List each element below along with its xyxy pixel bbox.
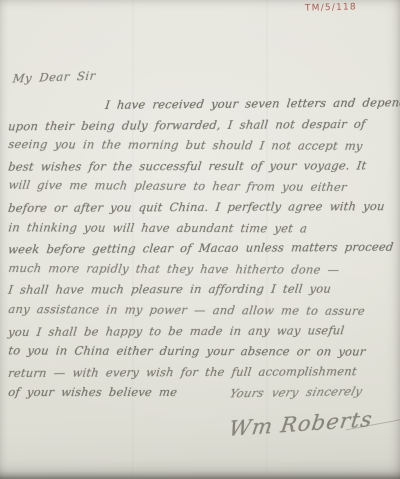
closing: Yours very sincerely [229,384,393,401]
body-line: in thinking you will have abundant time … [7,220,391,242]
body-line: before or after you quit China. I perfec… [7,199,392,222]
body-line: I have received your seven letters and d… [7,95,392,119]
body-line: much more rapidly that they have hithert… [7,261,391,284]
body-line: you I shall be happy to be made in any w… [7,323,392,346]
body-line: of your wishes believe me [8,385,179,399]
body-last-row: of your wishes believe me Yours very sin… [7,385,392,406]
salutation: My Dear Sir [12,69,96,86]
body-line: to you in China either during your absen… [7,343,391,365]
body-line: any assistance in my power — and allow m… [7,302,391,325]
body-line: will give me much pleasure to hear from … [7,178,391,201]
body-line: best wishes for the successful result of… [7,158,392,180]
letter-body: I have received your seven letters and d… [8,97,390,406]
body-line: week before getting clear of Macao unles… [7,240,392,263]
body-line: upon their being duly forwarded, I shall… [7,116,392,139]
body-line: I shall have much pleasure in affording … [7,282,392,304]
body-line: seeing you in the morning but should I n… [7,137,391,160]
letter-page: TM/5/118 My Dear Sir I have received you… [0,0,400,479]
body-line: return — with every wish for the full ac… [7,364,392,387]
signature: Wm Roberts [227,407,374,441]
archival-reference: TM/5/118 [305,2,357,13]
